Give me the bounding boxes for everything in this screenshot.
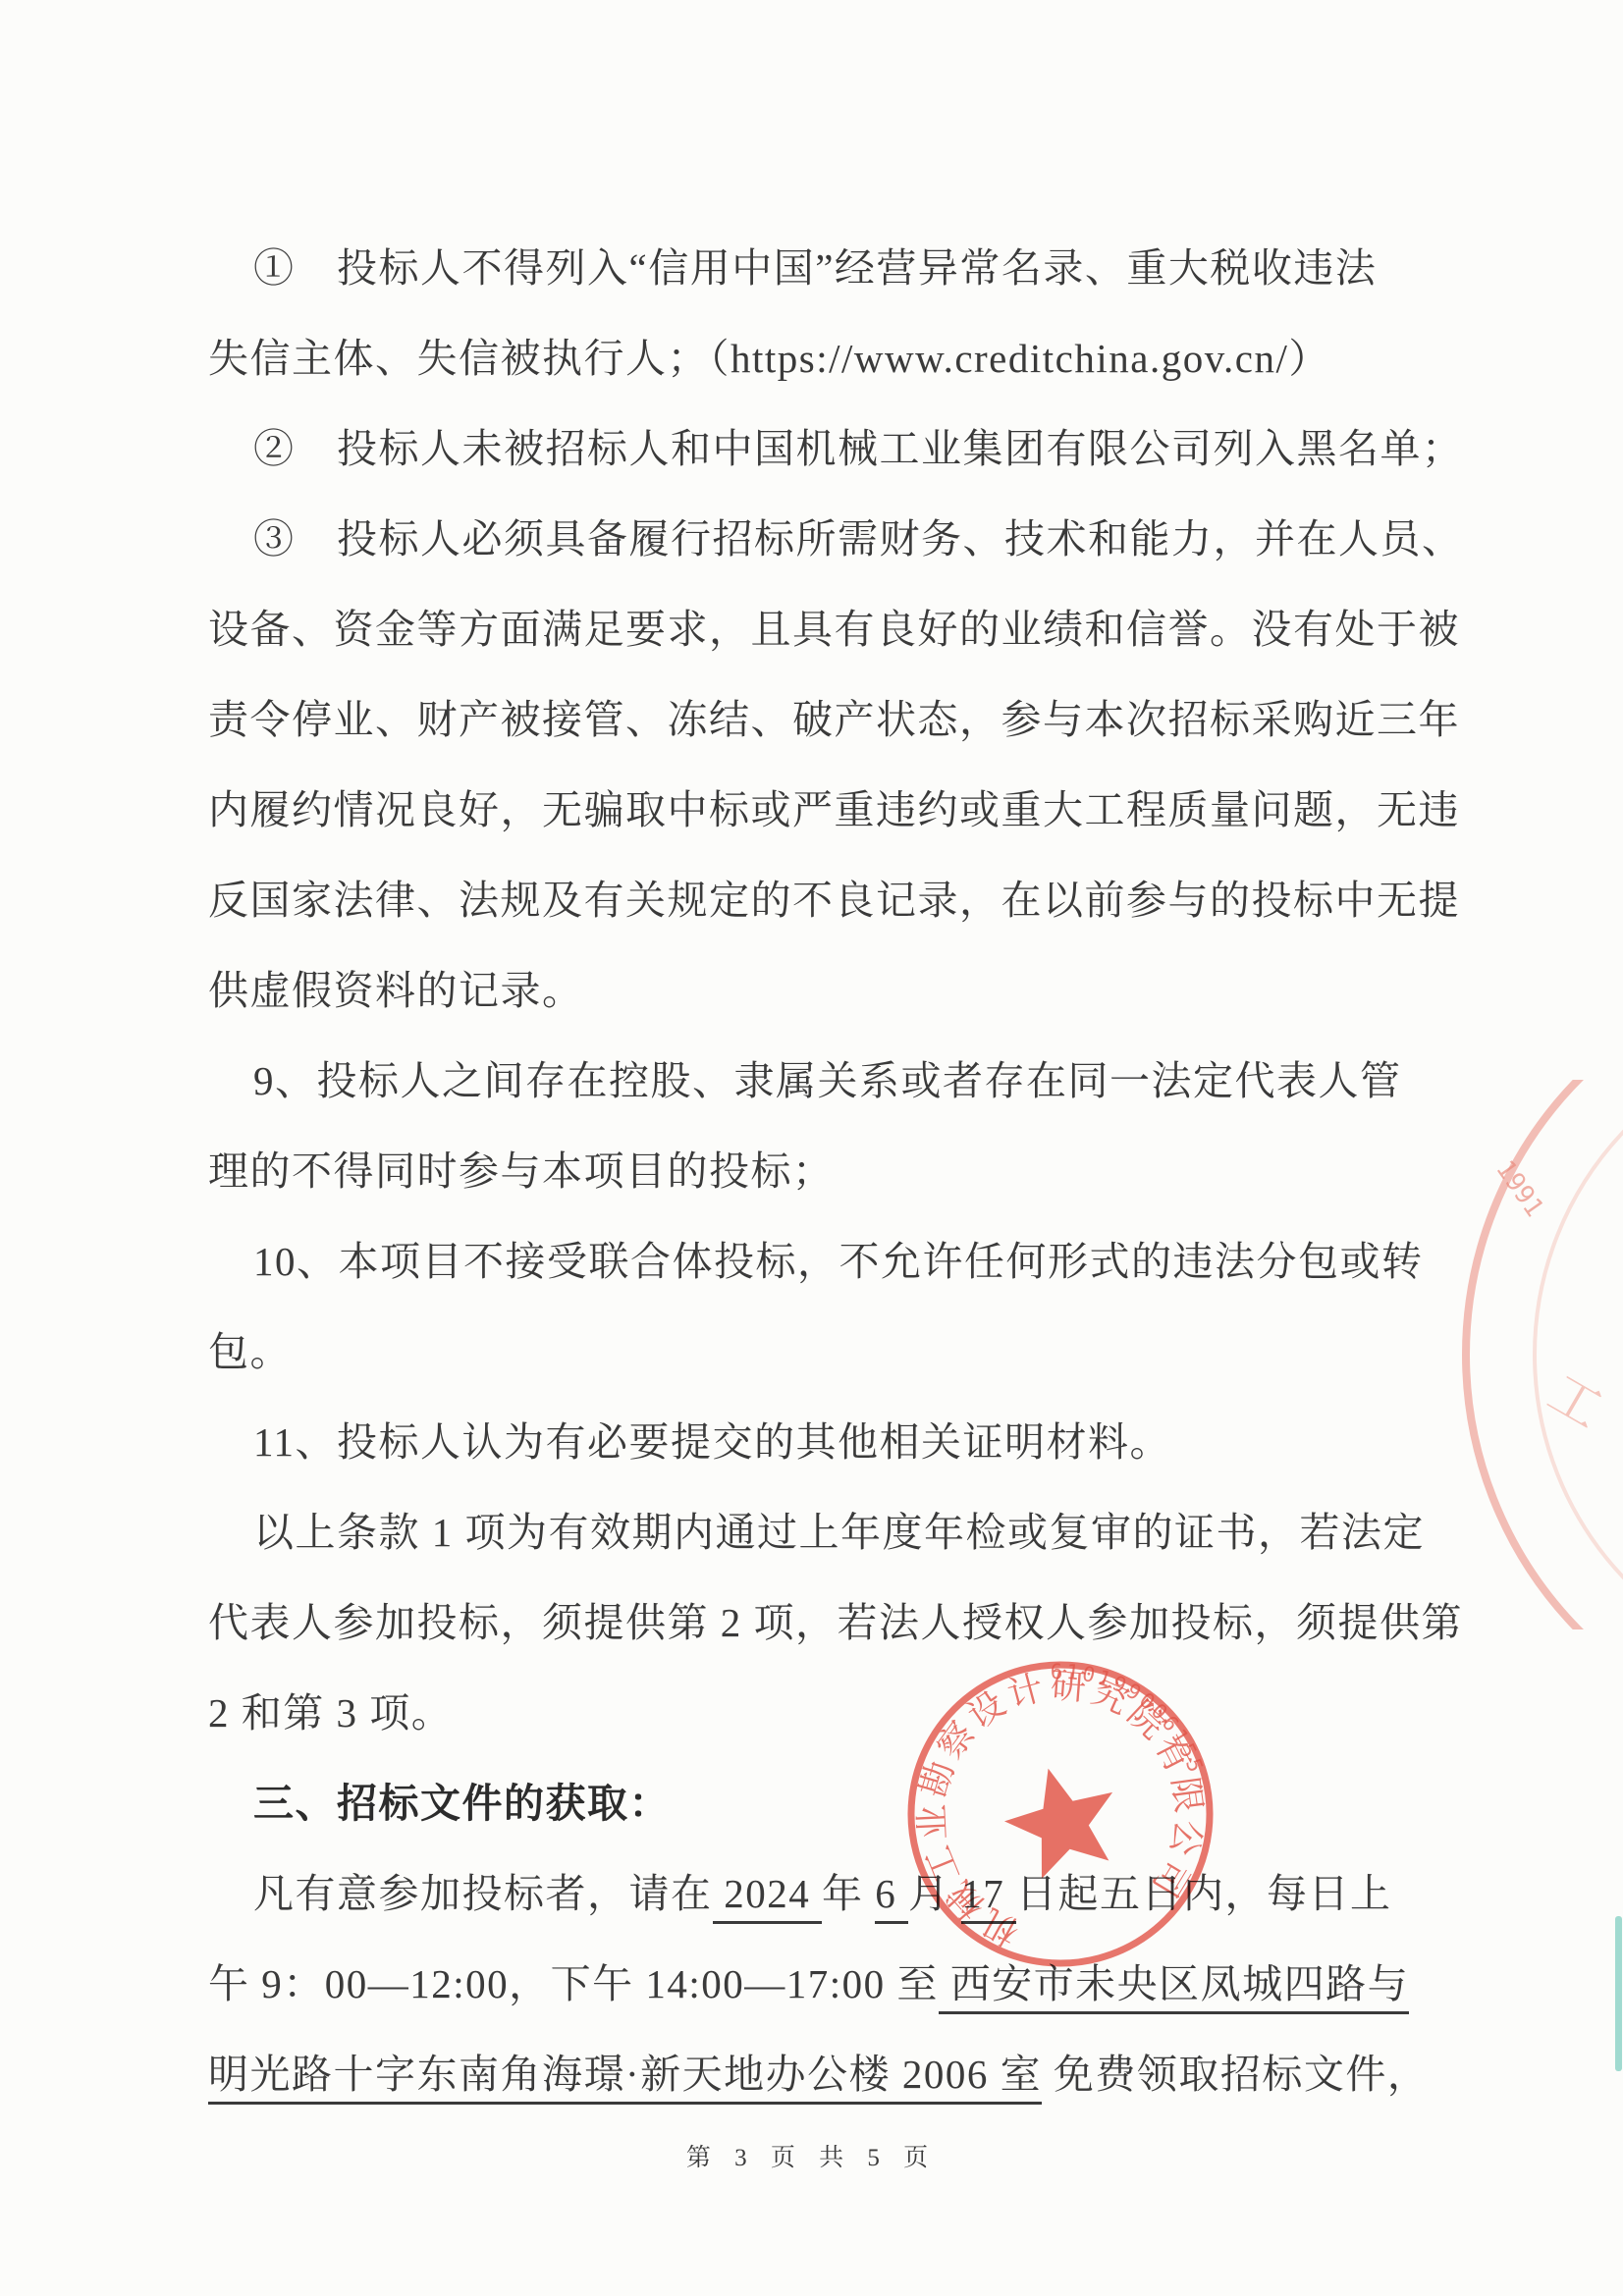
scanned-document-page: ① 投标人不得列入“信用中国”经营异常名录、重大税收违法失信主体、失信被执行人；… — [0, 0, 1623, 2296]
text-line: 代表人参加投标，须提供第 2 项，若法人授权人参加投标，须提供第 — [208, 1590, 1475, 1648]
text-line: 以上条款 1 项为有效期内通过上年度年检或复审的证书，若法定 — [208, 1500, 1520, 1558]
text-line: 11、投标人认为有必要提交的其他相关证明材料。 — [208, 1410, 1520, 1468]
text-segment: 2 和第 3 项。 — [208, 1690, 453, 1735]
text-segment: 理的不得同时参与本项目的投标； — [208, 1148, 835, 1194]
text-segment: ① 投标人不得列入“信用中国”经营异常名录、重大税收违法 — [253, 245, 1377, 291]
text-segment: 以上条款 1 项为有效期内通过上年度年检或复审的证书，若法定 — [253, 1510, 1425, 1555]
edge-seal-character: 工 — [1539, 1365, 1611, 1439]
text-line: 失信主体、失信被执行人；（https://www.creditchina.gov… — [208, 326, 1475, 384]
text-line: ③ 投标人必须具备履行招标所需财务、技术和能力，并在人员、 — [208, 507, 1520, 564]
text-segment: 反国家法律、法规及有关规定的不良记录，在以前参与的投标中无提 — [208, 878, 1460, 923]
text-line: 2 和第 3 项。 — [208, 1681, 1475, 1738]
text-line: 明光路十字东南角海璟·新天地办公楼 2006 室 免费领取招标文件， — [208, 2042, 1475, 2100]
text-line: 10、本项目不接受联合体投标，不允许任何形式的违法分包或转 — [208, 1229, 1520, 1287]
underlined-text: 明光路十字东南角海璟·新天地办公楼 2006 室 — [208, 2052, 1042, 2105]
scan-artifact-mark — [1615, 1916, 1622, 2071]
text-line: 理的不得同时参与本项目的投标； — [208, 1139, 1475, 1197]
page-number-footer: 第 3 页 共 5 页 — [0, 2138, 1623, 2173]
underlined-text: 2024 — [713, 1871, 823, 1924]
text-segment: 设备、资金等方面满足要求，且具有良好的业绩和信誉。没有处于被 — [208, 607, 1460, 652]
text-segment: 责令停业、财产被接管、冻结、破产状态，参与本次招标采购近三年 — [208, 697, 1460, 742]
text-line: ① 投标人不得列入“信用中国”经营异常名录、重大税收违法 — [208, 236, 1520, 294]
text-segment: 凡有意参加投标者，请在 — [253, 1871, 713, 1916]
text-line: 午 9：00—12:00，下午 14:00—17:00 至 西安市未央区凤城四路… — [208, 1951, 1475, 2009]
text-line: ② 投标人未被招标人和中国机械工业集团有限公司列入黑名单； — [208, 416, 1520, 474]
text-segment: 免费领取招标文件， — [1042, 2052, 1429, 2097]
text-line: 责令停业、财产被接管、冻结、破产状态，参与本次招标采购近三年 — [208, 687, 1475, 745]
text-line: 反国家法律、法规及有关规定的不良记录，在以前参与的投标中无提 — [208, 868, 1475, 926]
text-segment: 供虚假资料的记录。 — [208, 968, 584, 1013]
text-line: 内履约情况良好，无骗取中标或严重违约或重大工程质量问题，无违 — [208, 777, 1475, 835]
text-segment: 11、投标人认为有必要提交的其他相关证明材料。 — [253, 1419, 1171, 1465]
text-segment: 代表人参加投标，须提供第 2 项，若法人授权人参加投标，须提供第 — [208, 1600, 1463, 1645]
text-segment: 三、招标文件的获取： — [253, 1781, 671, 1826]
text-line: 设备、资金等方面满足要求，且具有良好的业绩和信誉。没有处于被 — [208, 597, 1475, 655]
text-segment: 9、投标人之间存在控股、隶属关系或者存在同一法定代表人管 — [253, 1058, 1402, 1103]
text-segment: 午 9：00—12:00，下午 14:00—17:00 至 — [208, 1961, 939, 2006]
seal-star-icon — [995, 1754, 1130, 1884]
text-line: 9、投标人之间存在控股、隶属关系或者存在同一法定代表人管 — [208, 1048, 1520, 1106]
text-segment: 10、本项目不接受联合体投标，不允许任何形式的违法分包或转 — [253, 1239, 1424, 1284]
text-segment: 失信主体、失信被执行人；（https://www.creditchina.gov… — [208, 336, 1330, 381]
edge-partial-stamp: 1991 工 — [1436, 1080, 1623, 1629]
text-segment: 包。 — [208, 1329, 292, 1374]
text-segment: ② 投标人未被招标人和中国机械工业集团有限公司列入黑名单； — [253, 426, 1464, 471]
text-segment: ③ 投标人必须具备履行招标所需财务、技术和能力，并在人员、 — [253, 516, 1464, 561]
company-seal-stamp: 机械工业勘察设计研究院有限公司 6101990061551 — [864, 1618, 1257, 2010]
edge-seal-ring-inner — [1535, 1080, 1623, 1629]
text-line: 供虚假资料的记录。 — [208, 958, 1475, 1016]
text-line: 包。 — [208, 1319, 1475, 1377]
text-segment: 内履约情况良好，无骗取中标或严重违约或重大工程质量问题，无违 — [208, 787, 1460, 832]
